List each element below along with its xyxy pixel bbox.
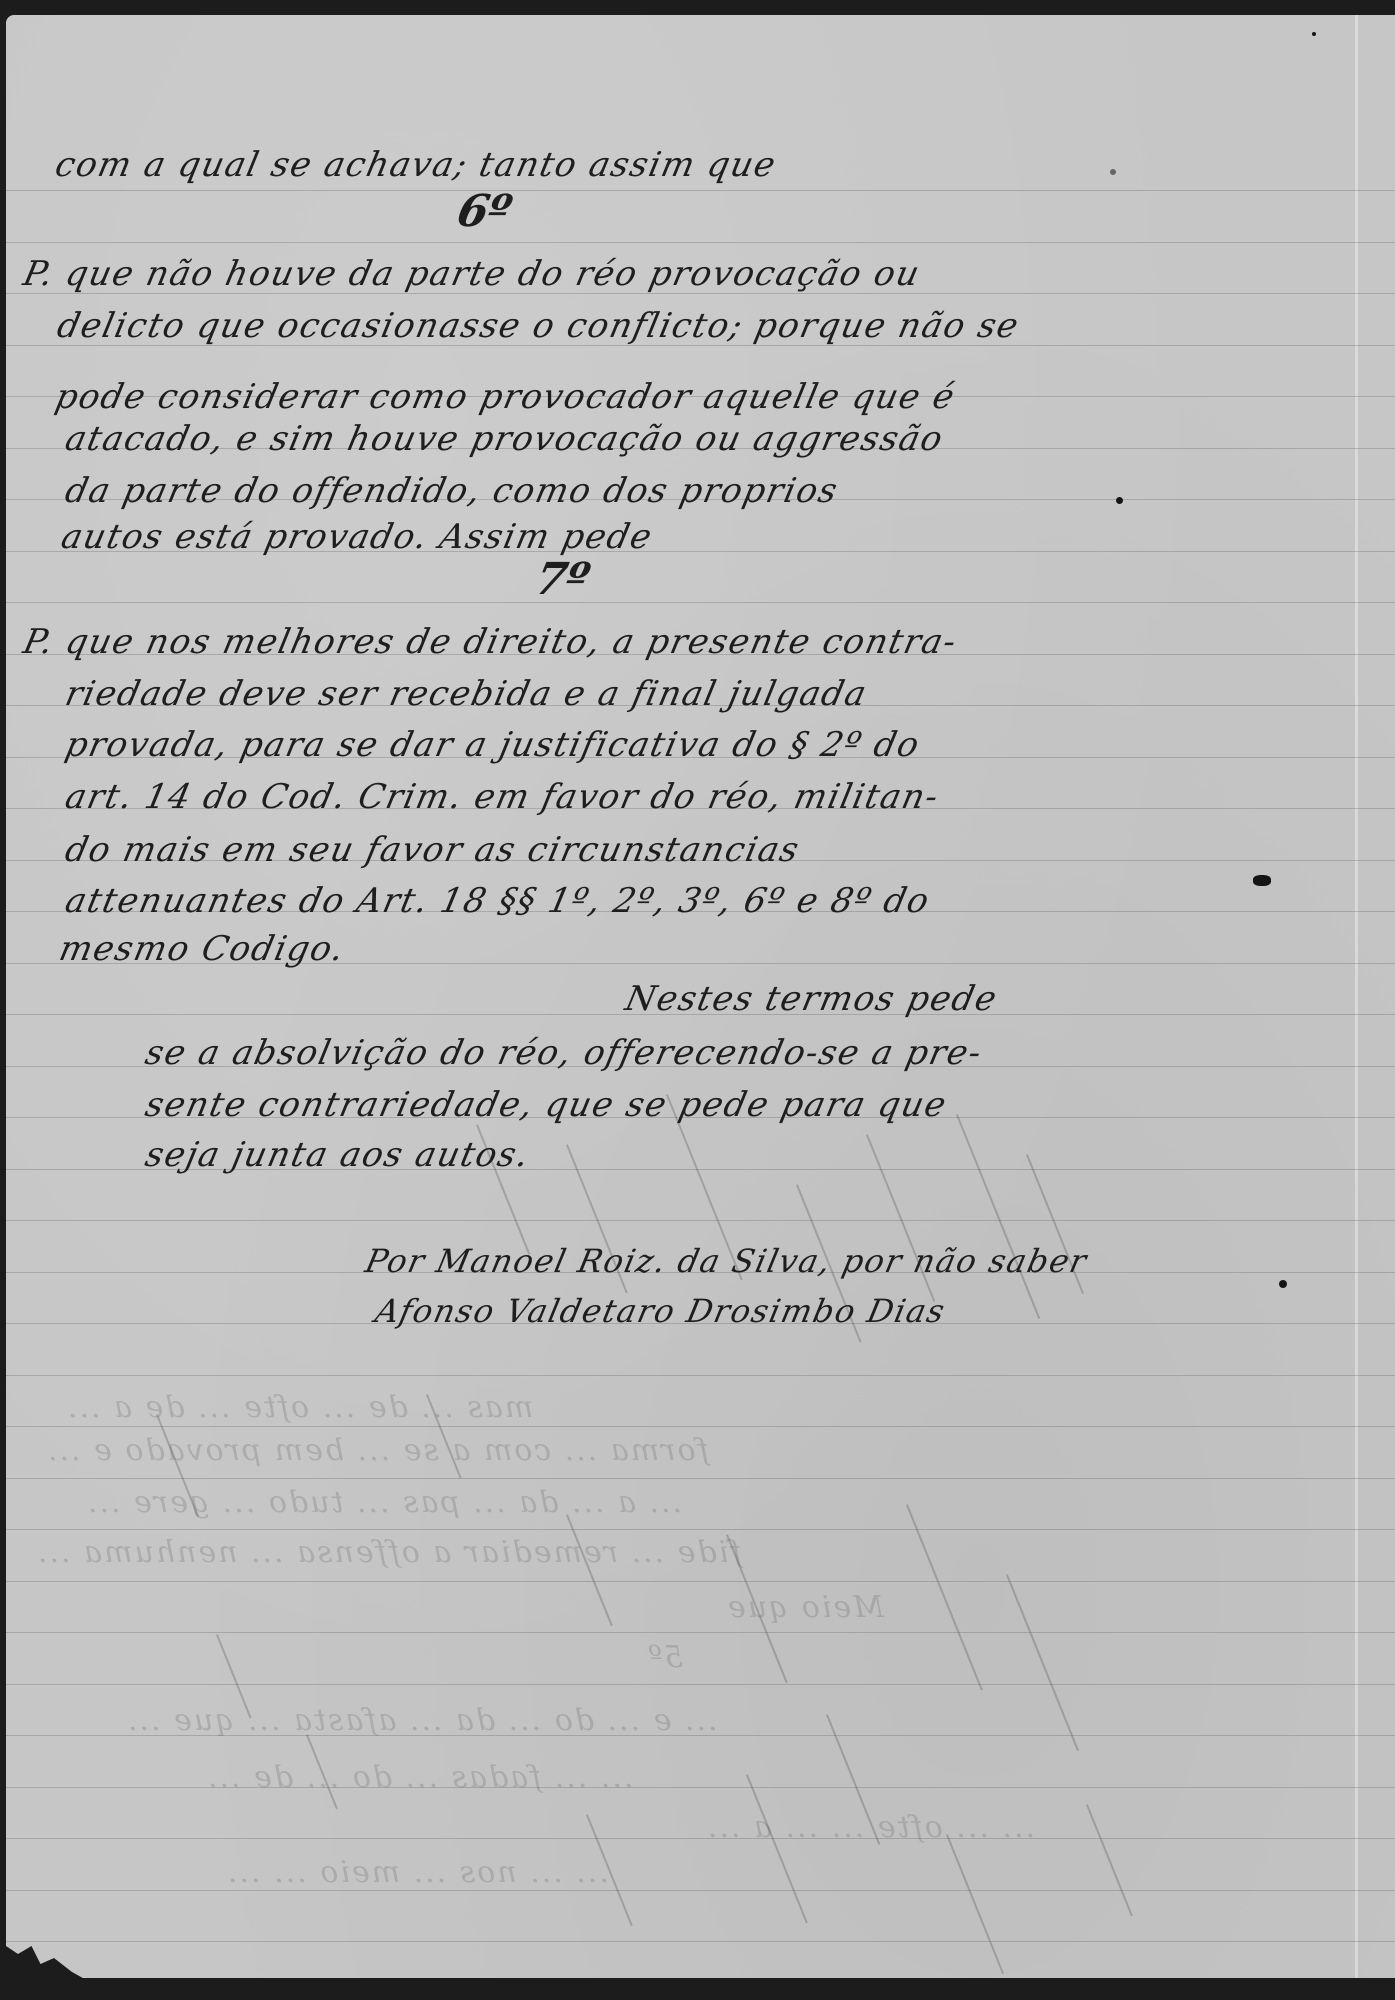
ruled-line (6, 1684, 1395, 1685)
bleed-through-fragment: mas ... de ... ofte ... de a ... (66, 1390, 533, 1425)
ruled-line (6, 1529, 1395, 1530)
bleed-through-fragment: forma ... com a se ... bem provado e ... (46, 1433, 709, 1468)
bleed-through-fragment: ... e ... do ... da ... afasta ... que .… (126, 1703, 718, 1738)
ruled-line (6, 1375, 1395, 1376)
signature-line-2: Afonso Valdetaro Drosimbo Dias (373, 1295, 949, 1327)
bleed-through-stroke (1006, 1574, 1079, 1751)
scan-background: mas ... de ... ofte ... de a ...forma ..… (0, 0, 1395, 2000)
bleed-through-fragment: ... ... nos ... meio ... ... (226, 1855, 609, 1890)
manuscript-line: P. que nos melhores de direito, a presen… (20, 625, 960, 659)
bleed-through-stroke (906, 1504, 983, 1690)
ruled-line (6, 190, 1395, 191)
manuscript-line: riedade deve ser recebida e a final julg… (62, 677, 870, 711)
manuscript-line: autos está provado. Assim pede (58, 520, 655, 554)
manuscript-line: pode considerar como provocador aquelle … (52, 380, 958, 414)
ruled-line (6, 242, 1395, 243)
bleed-through-fragment: ... a ... da ... pas ... tudo ... gere .… (86, 1485, 682, 1520)
bleed-through-stroke (946, 1834, 1004, 1974)
manuscript-line: mesmo Codigo. (56, 932, 348, 966)
manuscript-page: mas ... de ... ofte ... de a ...forma ..… (6, 15, 1395, 1981)
manuscript-line: do mais em seu favor as circunstancias (62, 833, 802, 867)
ruled-line (6, 1632, 1395, 1633)
ink-blot (1312, 32, 1316, 36)
article-number: 7º (531, 558, 593, 602)
manuscript-line: da parte do offendido, como dos proprios (62, 474, 841, 508)
manuscript-line: provada, para se dar a justificativa do … (62, 728, 923, 762)
bleed-through-fragment: 5º (646, 1640, 683, 1675)
ruled-line (6, 1220, 1395, 1221)
ink-blot (1279, 1280, 1287, 1288)
ink-blot (1116, 497, 1123, 504)
manuscript-line: P. que não houve da parte do réo provoca… (20, 257, 923, 291)
bleed-through-stroke (746, 1774, 808, 1923)
fold-line (1355, 15, 1358, 1981)
signature-line-1: Por Manoel Roiz. da Silva, por não saber (363, 1245, 1091, 1277)
ruled-line (6, 1478, 1395, 1479)
ruled-line (6, 1941, 1395, 1942)
manuscript-line: seja junta aos autos. (142, 1138, 533, 1172)
bleed-through-fragment: fide ... remediar a offensa ... nenhuma … (36, 1535, 741, 1570)
manuscript-line: atacado, e sim houve provocação ou aggre… (62, 422, 946, 456)
bleed-through-stroke (566, 1514, 613, 1626)
bleed-through-stroke (1086, 1804, 1133, 1916)
manuscript-line: delicto que occasionasse o conflicto; po… (54, 309, 1022, 343)
manuscript-line: attenuantes do Art. 18 §§ 1º, 2º, 3º, 6º… (62, 884, 933, 918)
ink-blot (1253, 875, 1271, 886)
ink-blot (1110, 169, 1116, 175)
scan-bottom-edge (0, 1978, 1395, 2000)
bleed-through-fragment: ... ... fadas ... do ... de ... (206, 1760, 634, 1795)
manuscript-line: sente contrariedade, que se pede para qu… (142, 1088, 950, 1122)
manuscript-line: com a qual se achava; tanto assim que (52, 148, 779, 182)
manuscript-line: Nestes termos pede (622, 982, 1000, 1016)
ruled-line (6, 1838, 1395, 1839)
ruled-line (6, 602, 1395, 603)
ruled-line (6, 1890, 1395, 1891)
bleed-through-stroke (956, 1114, 1040, 1319)
manuscript-line: se a absolvição do réo, offerecendo-se a… (142, 1036, 985, 1070)
ruled-line (6, 1426, 1395, 1427)
article-number: 6º (453, 190, 515, 234)
manuscript-line: art. 14 do Cod. Crim. em favor do réo, m… (62, 780, 942, 814)
ruled-line (6, 1581, 1395, 1582)
